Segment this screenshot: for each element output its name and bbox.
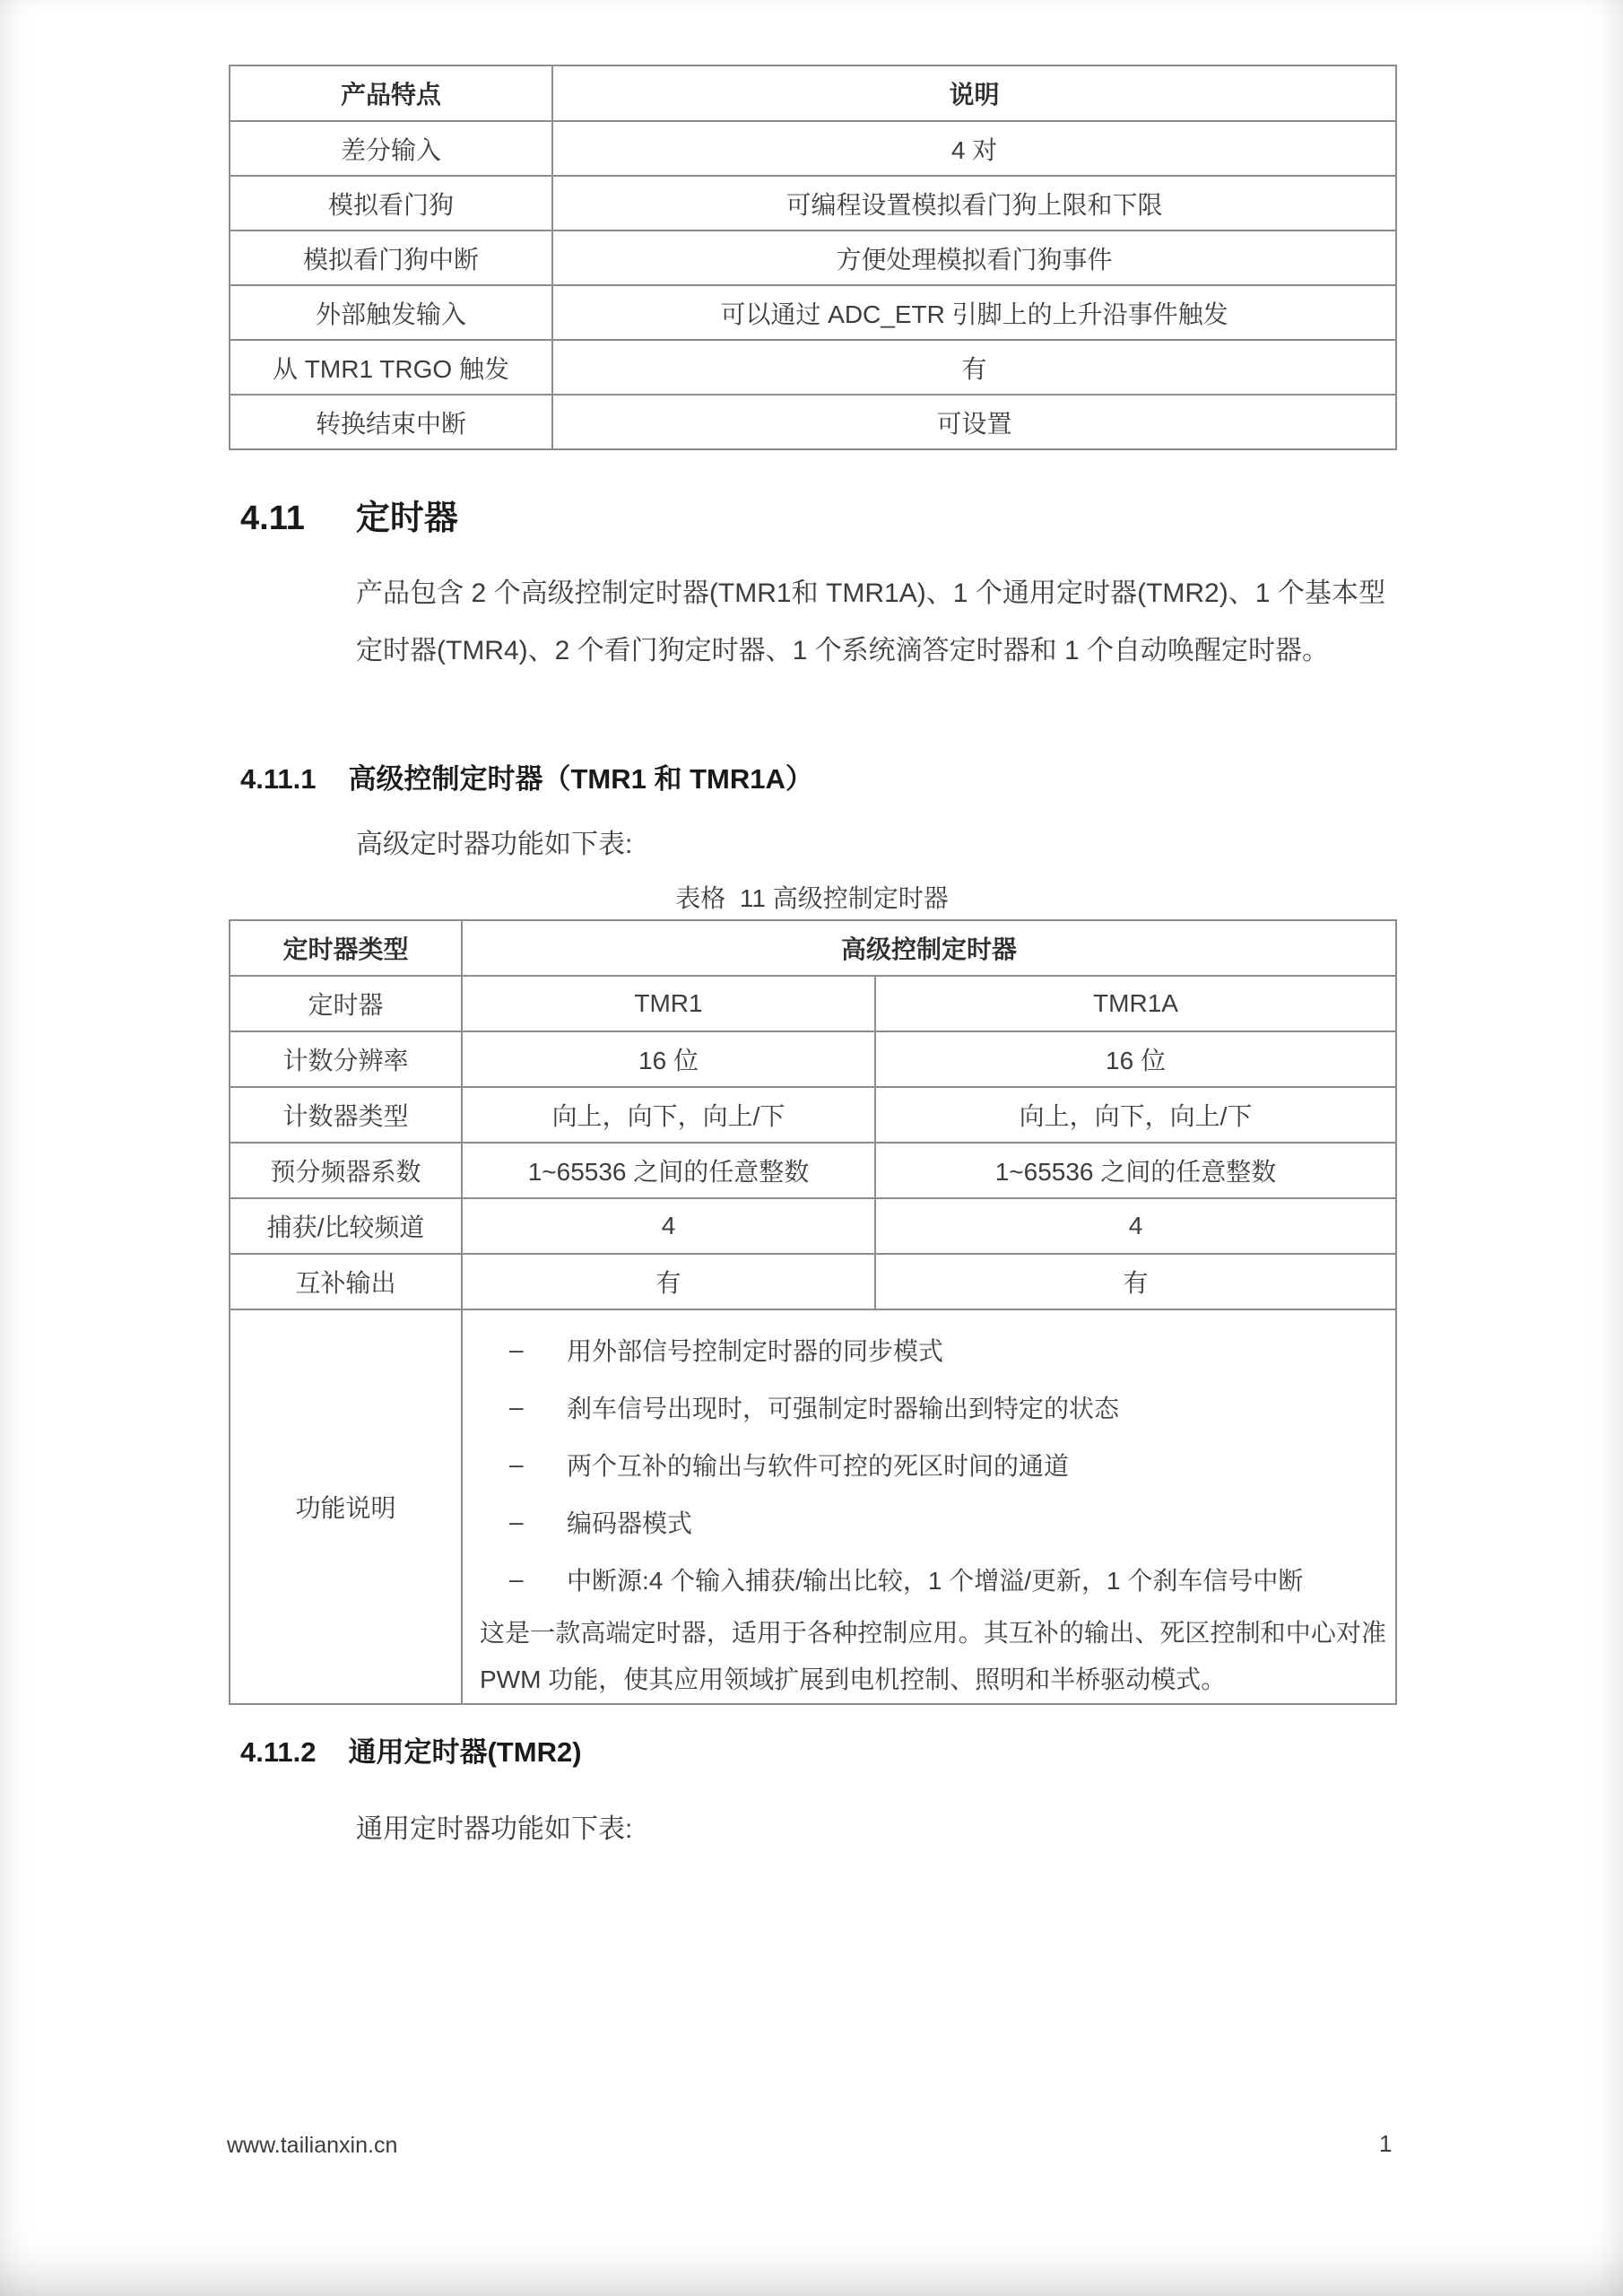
function-bullet: – 两个互补的输出与软件可控的死区时间的通道	[509, 1436, 1386, 1493]
table-row: 模拟看门狗中断 方便处理模拟看门狗事件	[230, 230, 1396, 285]
timer-type-header: 定时器类型	[230, 920, 462, 976]
bullet-text: 刹车信号出现时，可强制定时器输出到特定的状态	[567, 1389, 1119, 1425]
feature-cell: 差分输入	[230, 121, 552, 176]
table-row: 捕获/比较频道 4 4	[230, 1198, 1396, 1254]
adc-feature-table: 产品特点 说明 差分输入 4 对 模拟看门狗 可编程设置模拟看门狗上限和下限 模…	[229, 65, 1397, 450]
description-cell: 可以通过 ADC_ETR 引脚上的上升沿事件触发	[552, 285, 1396, 340]
table-header-row: 定时器类型 高级控制定时器	[230, 920, 1396, 976]
tmr1a-cell: 4	[875, 1198, 1396, 1254]
table-intro-text: 高级定时器功能如下表:	[356, 822, 632, 861]
section-number: 4.11.1	[240, 763, 316, 795]
feature-cell: 模拟看门狗中断	[230, 230, 552, 285]
table-row: 计数器类型 向上，向下，向上/下 向上，向下，向上/下	[230, 1087, 1396, 1143]
bullet-dash: –	[509, 1565, 567, 1594]
section-paragraph: 产品包含 2 个高级控制定时器(TMR1和 TMR1A)、1 个通用定时器(TM…	[356, 565, 1385, 679]
function-bullet: – 用外部信号控制定时器的同步模式	[509, 1321, 1386, 1378]
timer-group-header: 高级控制定时器	[462, 920, 1396, 976]
feature-cell: 外部触发输入	[230, 285, 552, 340]
feature-cell: 模拟看门狗	[230, 176, 552, 230]
table-row: 定时器 TMR1 TMR1A	[230, 976, 1396, 1031]
row-label: 定时器	[230, 976, 462, 1031]
feature-cell: 转换结束中断	[230, 395, 552, 449]
table-caption: 表格 11 高级控制定时器	[229, 879, 1395, 915]
description-cell: 有	[552, 340, 1396, 395]
table-row: 模拟看门狗 可编程设置模拟看门狗上限和下限	[230, 176, 1396, 230]
row-label: 互补输出	[230, 1254, 462, 1309]
function-bullet: – 编码器模式	[509, 1493, 1386, 1551]
section-title: 定时器	[356, 500, 458, 537]
bullet-text: 用外部信号控制定时器的同步模式	[567, 1332, 943, 1368]
tmr1-cell: 向上，向下，向上/下	[462, 1087, 875, 1143]
bullet-dash: –	[509, 1508, 567, 1536]
tmr1a-cell: TMR1A	[875, 976, 1396, 1031]
bullet-text: 编码器模式	[567, 1504, 692, 1540]
table-row: 转换结束中断 可设置	[230, 395, 1396, 449]
table-row: 从 TMR1 TRGO 触发 有	[230, 340, 1396, 395]
function-row-content: – 用外部信号控制定时器的同步模式 – 刹车信号出现时，可强制定时器输出到特定的…	[462, 1309, 1396, 1704]
section-heading-4-11-2: 4.11.2通用定时器(TMR2)	[240, 1729, 582, 1770]
function-bullet: – 中断源:4 个输入捕获/输出比较，1 个增溢/更新，1 个刹车信号中断	[509, 1551, 1386, 1608]
feature-cell: 从 TMR1 TRGO 触发	[230, 340, 552, 395]
row-label: 计数分辨率	[230, 1031, 462, 1087]
tmr1-cell: 4	[462, 1198, 875, 1254]
function-note: 这是一款高端定时器，适用于各种控制应用。其互补的输出、死区控制和中心对准 PWM…	[480, 1610, 1386, 1703]
section-heading-4-11: 4.11定时器	[240, 490, 458, 539]
description-col-header: 说明	[552, 65, 1396, 121]
tmr1-cell: 16 位	[462, 1031, 875, 1087]
tmr1a-cell: 向上，向下，向上/下	[875, 1087, 1396, 1143]
description-cell: 4 对	[552, 121, 1396, 176]
table-row: 计数分辨率 16 位 16 位	[230, 1031, 1396, 1087]
section-title: 通用定时器(TMR2)	[348, 1736, 581, 1768]
section-number: 4.11	[240, 500, 305, 537]
bullet-dash: –	[509, 1393, 567, 1422]
function-bullet: – 刹车信号出现时，可强制定时器输出到特定的状态	[509, 1378, 1386, 1436]
bullet-dash: –	[509, 1450, 567, 1479]
feature-col-header: 产品特点	[230, 65, 552, 121]
table-row: 预分频器系数 1~65536 之间的任意整数 1~65536 之间的任意整数	[230, 1143, 1396, 1198]
row-label: 预分频器系数	[230, 1143, 462, 1198]
section-heading-4-11-1: 4.11.1高级控制定时器（TMR1 和 TMR1A）	[240, 756, 813, 796]
row-label: 捕获/比较频道	[230, 1198, 462, 1254]
tmr1a-cell: 16 位	[875, 1031, 1396, 1087]
footer-page-number: 1	[1379, 2130, 1392, 2158]
row-label: 计数器类型	[230, 1087, 462, 1143]
table-row: 差分输入 4 对	[230, 121, 1396, 176]
bullet-text: 中断源:4 个输入捕获/输出比较，1 个增溢/更新，1 个刹车信号中断	[567, 1561, 1303, 1597]
table-row: 外部触发输入 可以通过 ADC_ETR 引脚上的上升沿事件触发	[230, 285, 1396, 340]
section-title: 高级控制定时器（TMR1 和 TMR1A）	[348, 763, 812, 795]
section-number: 4.11.2	[240, 1736, 316, 1768]
description-cell: 方便处理模拟看门狗事件	[552, 230, 1396, 285]
function-row-label: 功能说明	[230, 1309, 462, 1704]
tmr1-cell: 有	[462, 1254, 875, 1309]
tmr1-cell: 1~65536 之间的任意整数	[462, 1143, 875, 1198]
footer-website-url: www.tailianxin.cn	[227, 2133, 397, 2159]
bullet-dash: –	[509, 1335, 567, 1364]
description-cell: 可设置	[552, 395, 1396, 449]
function-description-row: 功能说明 – 用外部信号控制定时器的同步模式 – 刹车信号出现时，可强制定时器输…	[230, 1309, 1396, 1704]
table-row: 互补输出 有 有	[230, 1254, 1396, 1309]
tmr1a-cell: 有	[875, 1254, 1396, 1309]
table-intro-text: 通用定时器功能如下表:	[356, 1806, 632, 1846]
description-cell: 可编程设置模拟看门狗上限和下限	[552, 176, 1396, 230]
advanced-timer-table: 定时器类型 高级控制定时器 定时器 TMR1 TMR1A 计数分辨率 16 位 …	[229, 919, 1397, 1705]
tmr1a-cell: 1~65536 之间的任意整数	[875, 1143, 1396, 1198]
bullet-text: 两个互补的输出与软件可控的死区时间的通道	[567, 1447, 1069, 1483]
document-page: 产品特点 说明 差分输入 4 对 模拟看门狗 可编程设置模拟看门狗上限和下限 模…	[0, 0, 1623, 2296]
tmr1-cell: TMR1	[462, 976, 875, 1031]
table-header-row: 产品特点 说明	[230, 65, 1396, 121]
